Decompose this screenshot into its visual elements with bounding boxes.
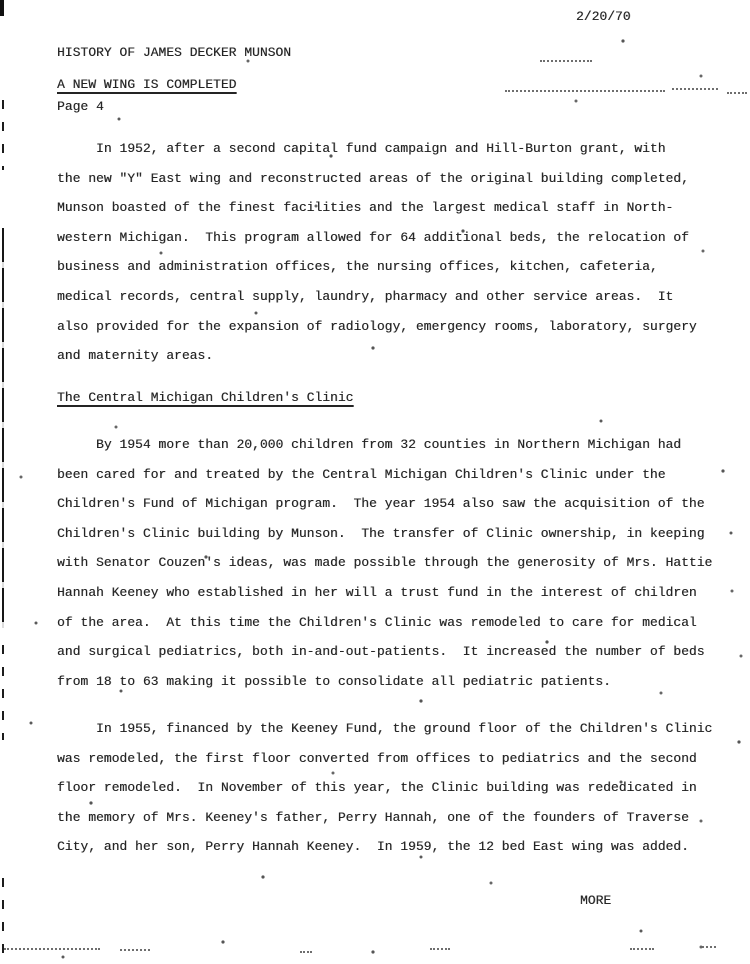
scan-noise-dots (120, 949, 150, 951)
page-number: Page 4 (57, 98, 291, 116)
scan-noise-dots (702, 946, 716, 948)
scan-speckle-noise (0, 0, 2, 2)
scan-edge-line (2, 100, 4, 170)
paragraph-new-wing: In 1952, after a second capital fund cam… (57, 134, 737, 371)
scan-noise-dots (727, 92, 747, 94)
more-label: MORE (580, 892, 611, 910)
scan-noise-dots (300, 951, 312, 953)
paragraph-clinic-1: By 1954 more than 20,000 children from 3… (57, 430, 747, 696)
scan-noise-dots (672, 88, 718, 90)
scan-noise-dots (430, 948, 450, 950)
scan-noise-dots (4, 948, 100, 950)
scan-edge-mark (0, 0, 4, 16)
section-heading-new-wing: A NEW WING IS COMPLETED (57, 76, 236, 94)
scan-edge-line (2, 228, 4, 628)
paragraph-clinic-2: In 1955, financed by the Keeney Fund, th… (57, 714, 747, 862)
scan-noise-dots (540, 60, 592, 62)
section-heading-childrens-clinic: The Central Michigan Children's Clinic (57, 389, 353, 407)
document-title: HISTORY OF JAMES DECKER MUNSON (57, 44, 291, 62)
document-date: 2/20/70 (576, 8, 631, 26)
document-page: HISTORY OF JAMES DECKER MUNSON Page 4 2/… (0, 0, 750, 964)
scan-noise-dots (505, 90, 665, 92)
scan-edge-line (2, 645, 4, 740)
scan-noise-dots (630, 948, 654, 950)
